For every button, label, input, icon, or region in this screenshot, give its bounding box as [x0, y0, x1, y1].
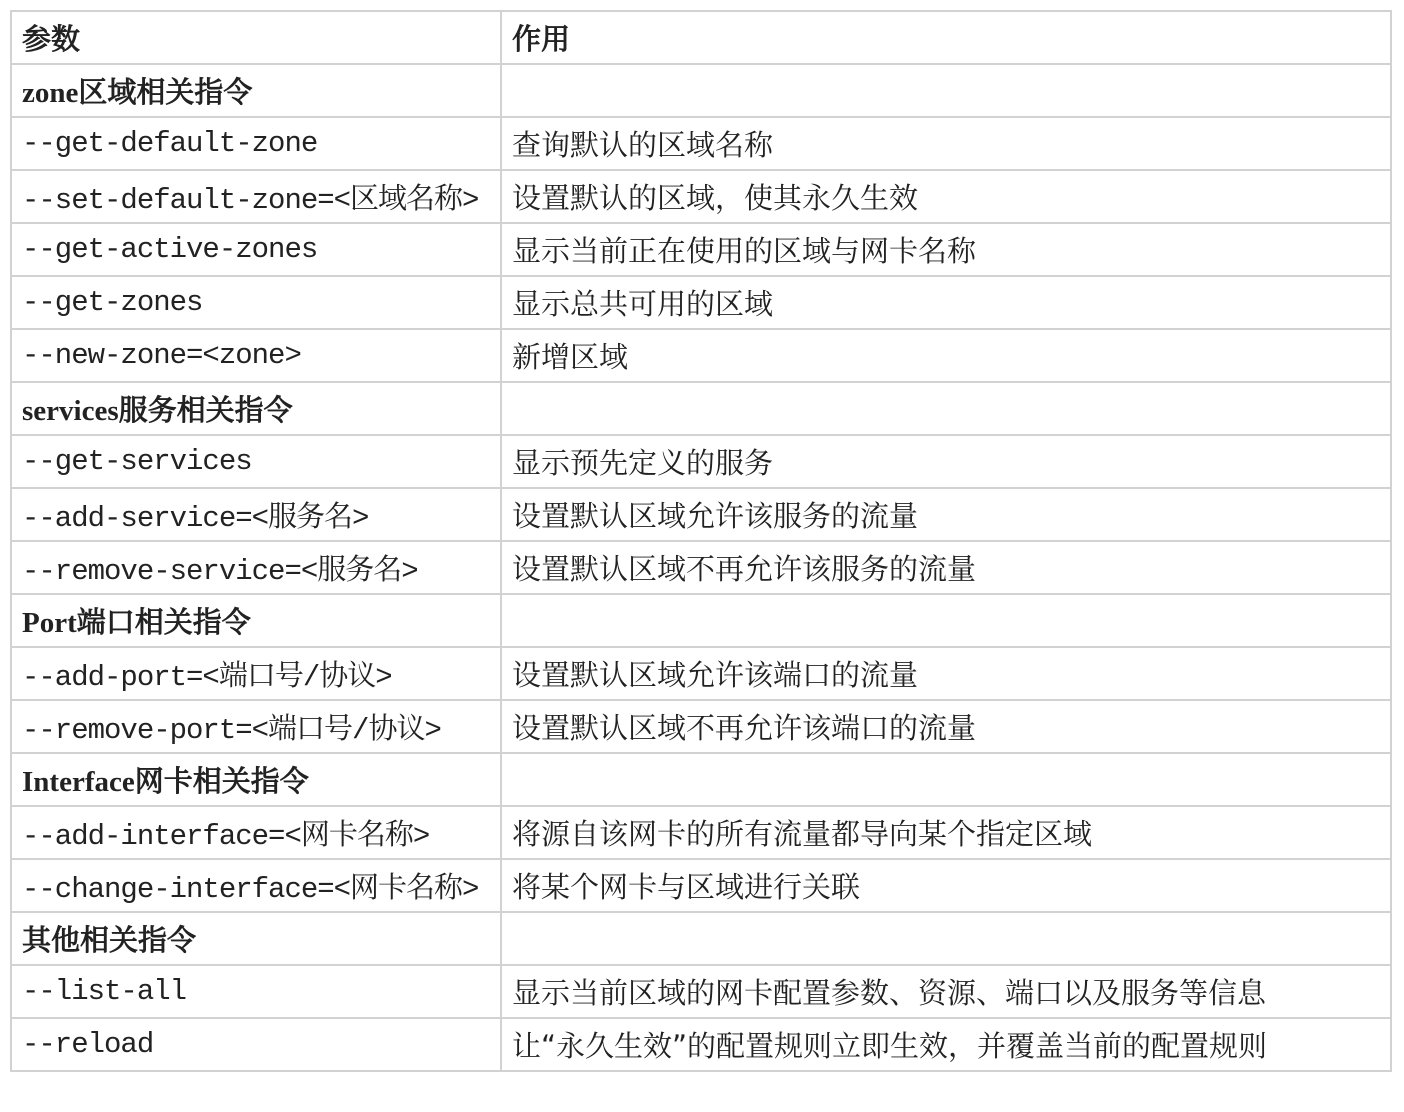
- param-cell: --remove-service=<服务名>: [11, 541, 501, 594]
- firewall-cmd-params-table: 参数 作用 zone区域相关指令--get-default-zone查询默认的区…: [10, 10, 1392, 1072]
- param-cell: --add-port=<端口号/协议>: [11, 647, 501, 700]
- table-row: --set-default-zone=<区域名称>设置默认的区域，使其永久生效: [11, 170, 1391, 223]
- table-row: --remove-port=<端口号/协议>设置默认区域不再允许该端口的流量: [11, 700, 1391, 753]
- param-cell: --add-service=<服务名>: [11, 488, 501, 541]
- table-row: --get-active-zones显示当前正在使用的区域与网卡名称: [11, 223, 1391, 276]
- desc-cell: 显示当前区域的网卡配置参数、资源、端口以及服务等信息: [501, 965, 1391, 1018]
- desc-cell: 设置默认区域允许该端口的流量: [501, 647, 1391, 700]
- desc-cell: 将某个网卡与区域进行关联: [501, 859, 1391, 912]
- section-title: Port端口相关指令: [11, 594, 501, 647]
- param-cell: --get-default-zone: [11, 117, 501, 170]
- desc-cell: 查询默认的区域名称: [501, 117, 1391, 170]
- desc-cell: [501, 382, 1391, 435]
- section-title: 其他相关指令: [11, 912, 501, 965]
- section-title: Interface网卡相关指令: [11, 753, 501, 806]
- table-row: --reload让“永久生效”的配置规则立即生效，并覆盖当前的配置规则: [11, 1018, 1391, 1071]
- desc-cell: 设置默认区域不再允许该服务的流量: [501, 541, 1391, 594]
- desc-cell: 设置默认区域不再允许该端口的流量: [501, 700, 1391, 753]
- section-row: Interface网卡相关指令: [11, 753, 1391, 806]
- param-cell: --reload: [11, 1018, 501, 1071]
- param-cell: --get-zones: [11, 276, 501, 329]
- table-row: --new-zone=<zone>新增区域: [11, 329, 1391, 382]
- section-row: services服务相关指令: [11, 382, 1391, 435]
- desc-cell: 显示总共可用的区域: [501, 276, 1391, 329]
- desc-cell: 设置默认区域允许该服务的流量: [501, 488, 1391, 541]
- header-desc: 作用: [501, 11, 1391, 64]
- desc-cell: 显示当前正在使用的区域与网卡名称: [501, 223, 1391, 276]
- section-title: zone区域相关指令: [11, 64, 501, 117]
- desc-cell: 设置默认的区域，使其永久生效: [501, 170, 1391, 223]
- param-cell: --set-default-zone=<区域名称>: [11, 170, 501, 223]
- desc-cell: 将源自该网卡的所有流量都导向某个指定区域: [501, 806, 1391, 859]
- header-param: 参数: [11, 11, 501, 64]
- section-row: Port端口相关指令: [11, 594, 1391, 647]
- table-header-row: 参数 作用: [11, 11, 1391, 64]
- param-cell: --change-interface=<网卡名称>: [11, 859, 501, 912]
- desc-cell: [501, 64, 1391, 117]
- param-cell: --get-active-zones: [11, 223, 501, 276]
- table-row: --remove-service=<服务名>设置默认区域不再允许该服务的流量: [11, 541, 1391, 594]
- table-row: --list-all显示当前区域的网卡配置参数、资源、端口以及服务等信息: [11, 965, 1391, 1018]
- param-cell: --add-interface=<网卡名称>: [11, 806, 501, 859]
- table-row: --add-service=<服务名>设置默认区域允许该服务的流量: [11, 488, 1391, 541]
- table-row: --get-default-zone查询默认的区域名称: [11, 117, 1391, 170]
- table-row: --get-services显示预先定义的服务: [11, 435, 1391, 488]
- section-row: zone区域相关指令: [11, 64, 1391, 117]
- table-row: --change-interface=<网卡名称>将某个网卡与区域进行关联: [11, 859, 1391, 912]
- table-row: --get-zones显示总共可用的区域: [11, 276, 1391, 329]
- desc-cell: 新增区域: [501, 329, 1391, 382]
- table-row: --add-interface=<网卡名称>将源自该网卡的所有流量都导向某个指定…: [11, 806, 1391, 859]
- param-cell: --list-all: [11, 965, 501, 1018]
- param-cell: --get-services: [11, 435, 501, 488]
- section-title: services服务相关指令: [11, 382, 501, 435]
- table-row: --add-port=<端口号/协议>设置默认区域允许该端口的流量: [11, 647, 1391, 700]
- param-cell: --remove-port=<端口号/协议>: [11, 700, 501, 753]
- desc-cell: [501, 753, 1391, 806]
- desc-cell: 显示预先定义的服务: [501, 435, 1391, 488]
- desc-cell: [501, 912, 1391, 965]
- desc-cell: 让“永久生效”的配置规则立即生效，并覆盖当前的配置规则: [501, 1018, 1391, 1071]
- param-cell: --new-zone=<zone>: [11, 329, 501, 382]
- desc-cell: [501, 594, 1391, 647]
- section-row: 其他相关指令: [11, 912, 1391, 965]
